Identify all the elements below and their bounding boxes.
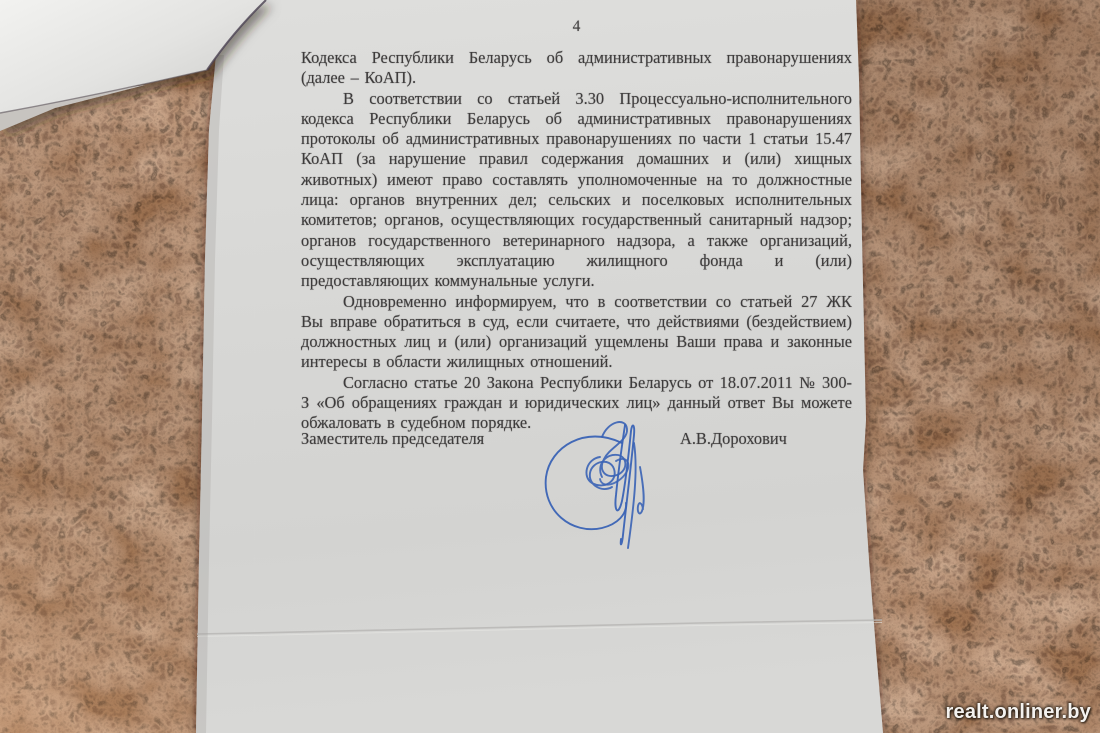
signature-row: Заместитель председателя А.В.Дорохович bbox=[301, 429, 852, 451]
photographed-document: 4 Кодекса Республики Беларусь об админис… bbox=[0, 0, 1100, 733]
watermark-text: realt.onliner.by bbox=[946, 701, 1091, 724]
document-body-text: Кодекса Республики Беларусь об администр… bbox=[301, 48, 852, 434]
signer-name: А.В.Дорохович bbox=[680, 429, 787, 449]
paragraph-continuation: Кодекса Республики Беларусь об администр… bbox=[301, 48, 852, 89]
paragraph-article-27: Одновременно информируем, что в соответс… bbox=[301, 292, 852, 373]
paragraph-article-3-30: В соответствии со статьей 3.30 Процессуа… bbox=[301, 89, 852, 292]
signer-position-label: Заместитель председателя bbox=[301, 429, 484, 449]
paragraph-appeal: Согласно статье 20 Закона Республики Бел… bbox=[301, 373, 852, 434]
page-number: 4 bbox=[301, 18, 852, 36]
